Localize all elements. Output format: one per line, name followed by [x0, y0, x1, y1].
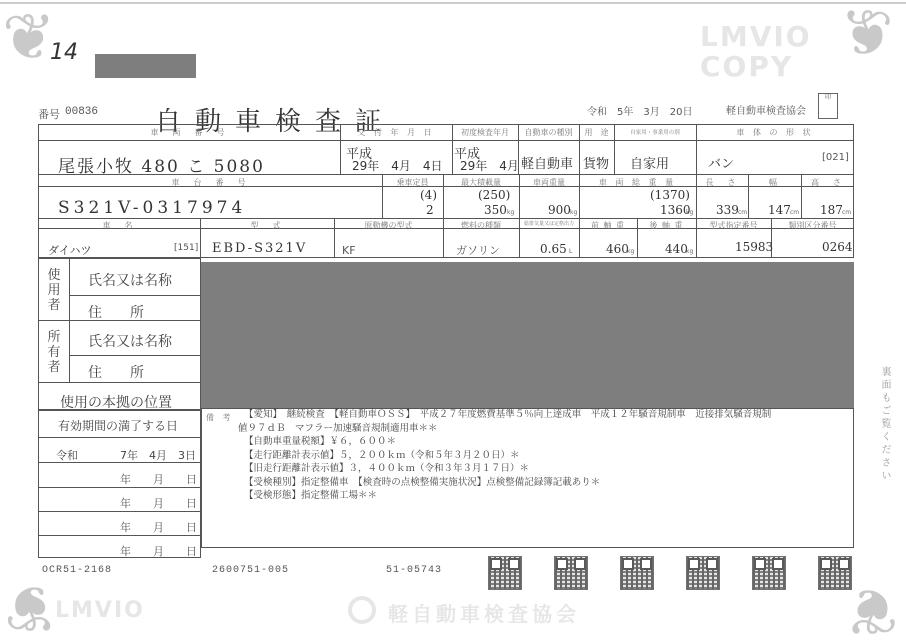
gross-weight-paren: (1370): [650, 188, 690, 202]
length-unit: cm: [738, 209, 747, 216]
corner-ornament-bottom-right: ❦: [845, 578, 899, 640]
header-vehicle-type: 自動車の種別: [518, 127, 579, 138]
length-value: 339: [716, 203, 739, 217]
first-reg-date: 29年 4月: [460, 157, 519, 174]
remark-line: 【自動車重量税額】￥６，６００＊: [244, 435, 771, 449]
user-address-label: 住 所: [88, 302, 144, 322]
location-label: 使用の本拠の位置: [60, 392, 172, 412]
header-max-load: 最大積載量: [443, 177, 519, 188]
owner-address-label: 住 所: [88, 362, 144, 382]
watermark-bottom: LMVIO: [55, 598, 145, 623]
height-unit: cm: [842, 209, 851, 216]
watermark-top: LMVIO COPY: [700, 22, 850, 82]
header-engine-model: 原動機の型式: [334, 220, 443, 231]
official-seal-stamp: 印: [818, 93, 838, 119]
document-number: 00836: [65, 106, 98, 118]
header-purpose: 用 途: [579, 127, 614, 138]
header-gross-weight: 車 両 総 重 量: [579, 177, 696, 188]
issue-date: 令和 5年 3月 20日: [587, 103, 692, 118]
private-commercial-value: 自家用: [630, 153, 669, 172]
redacted-owner-info: [201, 262, 854, 408]
qr-code-icon: [554, 556, 588, 590]
gross-weight-unit: kg: [686, 209, 693, 216]
engine-model-value: KF: [342, 244, 356, 257]
displacement-unit: L: [569, 248, 572, 255]
displacement-value: 0.65: [540, 242, 567, 256]
qr-code-icon: [620, 556, 654, 590]
header-model: 型 式: [200, 220, 334, 231]
number-label: 番号: [38, 106, 60, 122]
back-side-note: 裏面もご覧ください: [877, 366, 892, 483]
header-capacity: 乗車定員: [382, 177, 443, 188]
qr-code-icon: [488, 556, 522, 590]
footer-code-2: 2600751-005: [212, 565, 289, 576]
blank-date-row-2: 年 月 日: [120, 495, 197, 511]
vehicle-type-value: 軽自動車: [521, 153, 573, 172]
remark-line: 【旧走行距離計表示値】３，４００ｋｍ（令和３年３月１７日）＊: [244, 462, 771, 476]
fuel-type-value: ガソリン: [456, 242, 500, 258]
max-load-paren: (250): [478, 188, 510, 202]
chassis-number: S321V-0317974: [58, 198, 246, 218]
owner-label: 所有者: [44, 330, 64, 375]
header-private-commercial: 自家用・事業用の別: [614, 128, 696, 136]
header-first-registration: 初度検査年月: [452, 127, 518, 138]
rear-axle-unit: kg: [686, 248, 693, 255]
width-unit: cm: [790, 209, 799, 216]
association-logo-icon: [348, 596, 376, 624]
body-shape-value: バン: [708, 153, 734, 172]
corner-ornament-bottom-left: ❦: [4, 575, 58, 639]
remarks-content: 【愛知】 継続検査 【軽自動車ＯＳＳ】 平成２７年度燃費基準５％向上達成車 平成…: [244, 408, 771, 503]
issuer-name: 軽自動車検査協会: [726, 102, 806, 117]
corner-ornament-top-left: ❦: [2, 6, 56, 70]
header-vehicle-name: 車 名: [38, 220, 200, 231]
user-name-label: 氏名又は名称: [88, 270, 172, 290]
blank-date-row-3: 年 月 日: [120, 519, 197, 535]
handwritten-note: 14: [50, 40, 78, 65]
remarks-label: 備 考: [206, 412, 234, 423]
expiry-label: 有効期間の満了する日: [58, 417, 178, 434]
header-vehicle-weight: 車両重量: [519, 177, 579, 188]
header-fuel-type: 燃料の種類: [443, 220, 519, 231]
header-length: 長 さ: [696, 177, 748, 188]
header-vehicle-number: 車 両 番 号: [38, 127, 340, 138]
vehicle-info-table: [38, 124, 854, 258]
max-load-unit: kg: [507, 209, 514, 216]
width-value: 147: [768, 203, 791, 217]
remark-line: 値９７ｄＢ マフラー加速騒音規制適用車＊＊: [238, 422, 771, 436]
footer-code-1: OCR51-2168: [42, 565, 112, 576]
plate-number: 尾張小牧 480 こ 5080: [58, 152, 265, 177]
header-body-shape: 車 体 の 形 状: [696, 127, 854, 138]
header-rear-axle: 後 軸 重: [637, 220, 696, 231]
remark-line: 【受検形態】指定整備工場＊＊: [244, 489, 771, 503]
purpose-value: 貨物: [583, 153, 609, 172]
capacity-value: 2: [426, 203, 434, 217]
body-shape-code: [021]: [822, 152, 849, 163]
vehicle-name-value: ダイハツ: [48, 242, 92, 258]
remark-line: 【走行距離計表示値】５，２００ｋｍ（令和５年３月２０日）＊: [244, 449, 771, 463]
scan-edge: [0, 2, 906, 4]
front-axle-value: 460: [606, 242, 629, 256]
vehicle-weight-value: 900: [548, 203, 571, 217]
issue-date-value: 29年 4月 4日: [352, 157, 443, 174]
height-value: 187: [820, 203, 843, 217]
model-value: EBD-S321V: [212, 241, 307, 256]
header-model-designation: 型式指定番号: [696, 220, 771, 231]
expiry-era: 令和: [56, 447, 78, 463]
header-height: 高 さ: [801, 177, 854, 188]
header-width: 幅: [748, 177, 801, 188]
remark-line: 【受検種別】指定整備車 【検査時の点検整備実施状況】点検整備記録簿記載あり＊: [244, 476, 771, 490]
model-designation-value: 15983: [735, 240, 773, 254]
blank-date-row-4: 年 月 日: [120, 543, 197, 559]
qr-code-icon: [752, 556, 786, 590]
header-displacement: 総排気量又は定格出力: [519, 220, 579, 227]
max-load-value: 350: [484, 203, 507, 217]
header-chassis-number: 車 台 番 号: [38, 177, 382, 188]
header-front-axle: 前 軸 重: [579, 220, 637, 231]
blank-date-row-1: 年 月 日: [120, 471, 197, 487]
qr-code-icon: [686, 556, 720, 590]
expiry-date: 7年 4月 3日: [120, 447, 196, 463]
user-label: 使用者: [44, 268, 64, 313]
vehicle-weight-unit: kg: [570, 209, 577, 216]
header-issue-date: 交 付 年 月 日: [340, 127, 452, 138]
remark-line: 【愛知】 継続検査 【軽自動車ＯＳＳ】 平成２７年度燃費基準５％向上達成車 平成…: [244, 408, 771, 422]
association-logo-text: 軽自動車検査協会: [388, 598, 580, 627]
qr-code-icon: [818, 556, 852, 590]
category-number-value: 0264: [822, 240, 853, 254]
header-category-number: 類別区分番号: [771, 220, 854, 231]
capacity-paren: (4): [420, 188, 437, 202]
front-axle-unit: kg: [627, 248, 634, 255]
vehicle-name-code: [151]: [174, 243, 198, 253]
owner-name-label: 氏名又は名称: [88, 331, 172, 351]
rear-axle-value: 440: [665, 242, 688, 256]
footer-code-3: 51-05743: [386, 565, 442, 576]
redacted-block-top: [95, 54, 196, 78]
